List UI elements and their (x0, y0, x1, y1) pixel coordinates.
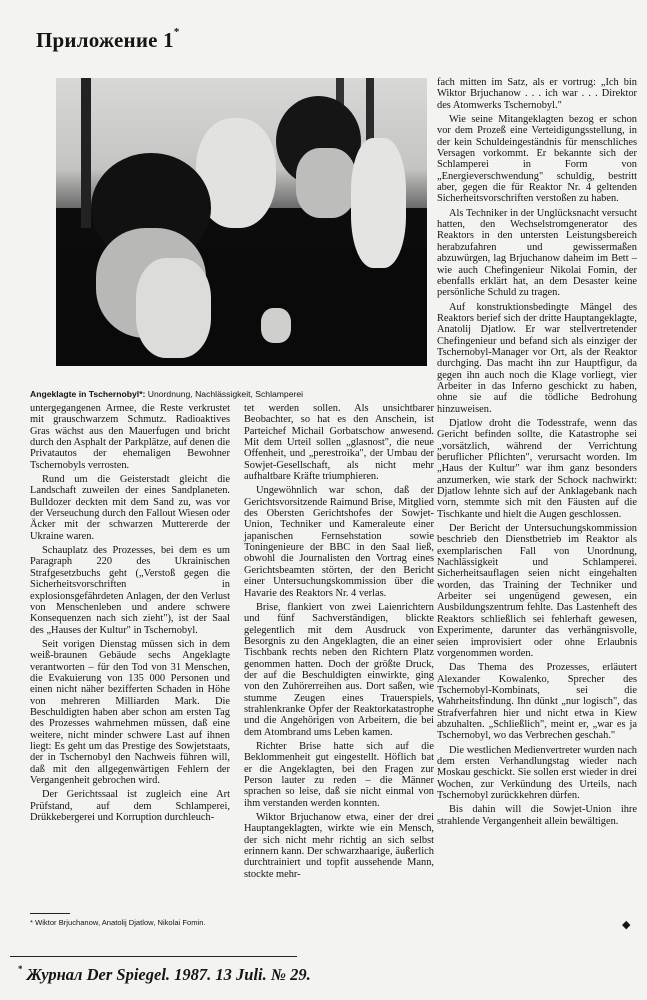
paragraph: Der Bericht der Untersuchungskommission … (437, 523, 637, 659)
paragraph: untergegangenen Armee, die Reste verkrus… (30, 403, 230, 471)
article-column-1: untergegangenen Armee, die Reste verkrus… (30, 403, 230, 826)
photo-caption: Angeklagte in Tschernobyl*: Unordnung, N… (30, 389, 440, 399)
source-divider (10, 956, 297, 957)
page-title: Приложение 1* (36, 28, 180, 53)
paragraph: Wiktor Brjuchanow etwa, einer der drei H… (244, 812, 434, 880)
paragraph: Rund um die Geisterstadt gleicht die Lan… (30, 474, 230, 542)
article-footnote: * Wiktor Brjuchanow, Anatolij Djatlow, N… (30, 918, 230, 928)
article-column-3: fach mitten im Satz, als er vortrug: „Ic… (437, 77, 637, 830)
courtroom-photo (56, 78, 427, 366)
paragraph: Brise, flankiert von zwei Laienrichtern … (244, 602, 434, 738)
paragraph: Als Techniker in der Unglücksnacht versu… (437, 208, 637, 299)
paragraph: Der Gerichtssaal ist zugleich eine Art P… (30, 789, 230, 823)
footnote-divider (30, 913, 70, 914)
paragraph: fach mitten im Satz, als er vortrug: „Ic… (437, 77, 637, 111)
paragraph: Djatlow droht die Todesstrafe, wenn das … (437, 418, 637, 520)
paragraph: tet werden sollen. Als unsichtbarer Beob… (244, 403, 434, 482)
paragraph: Ungewöhnlich war schon, daß der Gerichts… (244, 485, 434, 598)
article-column-2: tet werden sollen. Als unsichtbarer Beob… (244, 403, 434, 883)
source-citation: * Журнал Der Spiegel. 1987. 13 Juli. № 2… (18, 965, 311, 985)
paragraph: Bis dahin will die Sowjet-Union ihre str… (437, 804, 637, 827)
paragraph: Wie seine Mitangeklagten bezog er schon … (437, 114, 637, 205)
paragraph: Seit vorigen Dienstag müssen sich in dem… (30, 639, 230, 786)
paragraph: Die westlichen Medienvertreter wurden na… (437, 745, 637, 802)
paragraph: Richter Brise hatte sich auf die Beklomm… (244, 741, 434, 809)
title-footnote-marker: * (174, 26, 180, 38)
paragraph: Schauplatz des Prozesses, bei dem es um … (30, 545, 230, 636)
end-mark-diamond-icon: ◆ (622, 918, 630, 931)
paragraph: Das Thema des Prozesses, erläutert Alexa… (437, 662, 637, 741)
paragraph: Auf konstruktionsbedingte Mängel des Rea… (437, 302, 637, 415)
